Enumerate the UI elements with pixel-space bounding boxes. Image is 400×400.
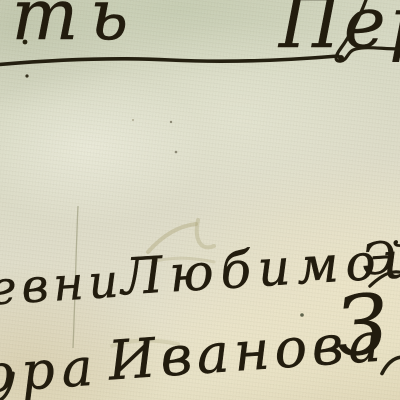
ink-speck [170,121,172,123]
line2-left-text: евни [0,253,125,315]
handwriting-line-1: ать Пер [0,0,400,65]
line3-left-text: ора [0,337,102,400]
ink-speck [175,151,178,154]
handwriting-layer: ать Пер евни Любимой Э ора Иванова З [0,0,400,400]
ink-speck [25,74,28,77]
line1-left-text: ать [0,0,140,56]
manuscript-photo: ать Пер евни Любимой Э ора Иванова З [0,0,400,400]
line3-flourish: З [333,277,391,375]
ink-blot [338,55,344,61]
ink-speck [132,119,134,121]
